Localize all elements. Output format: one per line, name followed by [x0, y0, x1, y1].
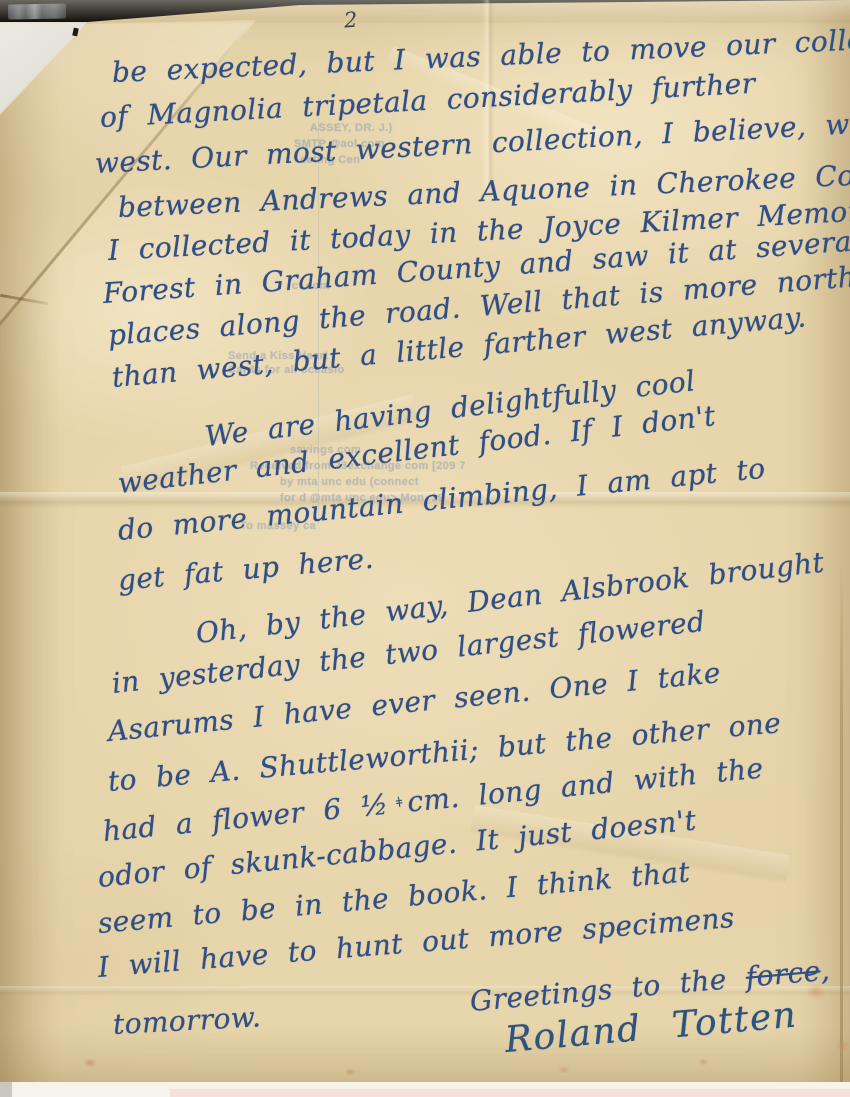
struck-word: force: [744, 954, 821, 993]
scanned-letter-page: ASSEY, DR. J.) SMTP @aol.com eeting Cen …: [0, 0, 850, 1097]
scanner-bed-corner: [0, 1082, 12, 1097]
binder-clip: [8, 3, 66, 19]
page-number: 2: [343, 8, 358, 33]
scanner-bed-tint: [170, 1089, 850, 1097]
